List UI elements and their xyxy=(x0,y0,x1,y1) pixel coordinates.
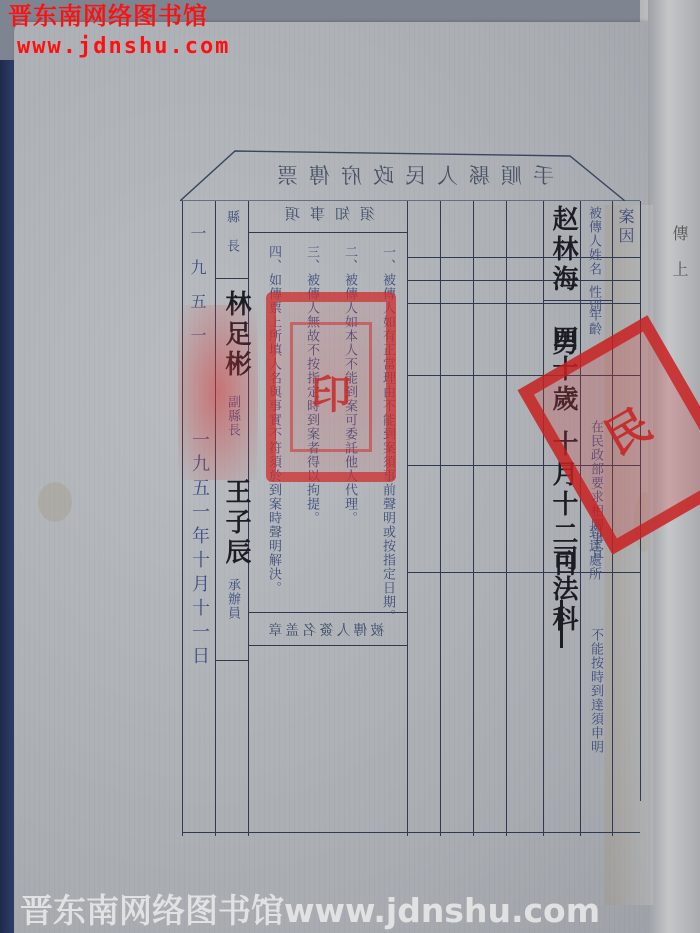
grid-line xyxy=(407,201,408,836)
grid-line xyxy=(182,832,640,833)
watermark-bottom: 晋东南网络图书馆www.jdnshu.com xyxy=(20,890,700,932)
clerk-note: 承辦員 xyxy=(223,578,242,620)
name-label: 被傳人姓名 xyxy=(584,206,603,276)
summons-place-value: 司法科 xyxy=(545,545,582,635)
grid-line xyxy=(407,257,640,258)
county-head-label: 縣長 xyxy=(222,210,241,268)
grid-line xyxy=(215,278,248,279)
grid-line xyxy=(407,303,640,304)
deputy-name: 王子辰 xyxy=(218,478,255,568)
document-title: 手順縣人民政府傳票 xyxy=(240,160,580,190)
official-square-seal: 印 xyxy=(266,292,396,482)
grid-line xyxy=(473,201,474,836)
grid-line xyxy=(543,201,544,836)
notes-title: 須知事項 xyxy=(250,203,400,225)
grid-line xyxy=(248,232,407,233)
seal-text: 印 xyxy=(290,322,372,452)
remark-2: 不能按時到達須申明 xyxy=(586,628,605,754)
red-seal-partial xyxy=(178,305,258,480)
watermark-url: www.jdnshu.com xyxy=(17,34,230,60)
grid-line xyxy=(440,201,441,836)
margin-note: 傳上 xyxy=(668,225,691,297)
grid-line xyxy=(215,201,216,836)
ink-stroke xyxy=(560,600,563,648)
grid-line xyxy=(248,645,407,646)
reason-label: 案因 xyxy=(614,208,637,246)
age-label: 年齡 xyxy=(584,308,603,336)
signature-label: 被傳人簽名盖章 xyxy=(250,620,400,642)
grid-line xyxy=(407,280,640,281)
watermark-library-name: 晋东南网络图书馆 xyxy=(8,2,208,30)
grid-line xyxy=(215,660,248,661)
grid-line xyxy=(182,201,183,836)
grid-line xyxy=(506,201,507,836)
grid-line xyxy=(407,572,640,573)
